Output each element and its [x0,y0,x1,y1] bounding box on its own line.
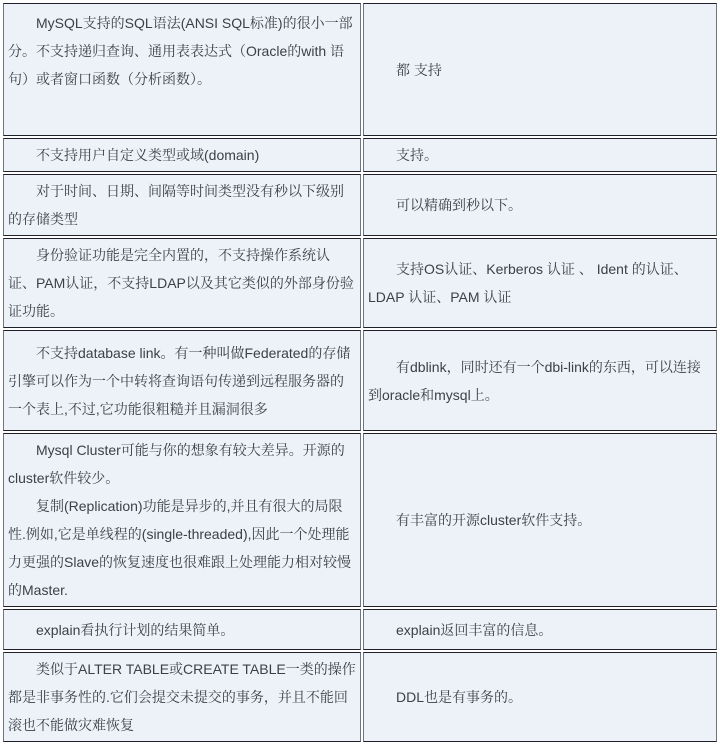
mysql-cell: explain看执行计划的结果简单。 [3,609,361,650]
mysql-cell: MySQL支持的SQL语法(ANSI SQL标准)的很小一部分。不支持递归查询、… [3,3,361,136]
table-row: Mysql Cluster可能与你的想象有较大差异。开源的cluster软件较少… [3,433,717,607]
cell-paragraph: MySQL支持的SQL语法(ANSI SQL标准)的很小一部分。不支持递归查询、… [8,9,356,93]
mysql-cell: 类似于ALTER TABLE或CREATE TABLE一类的操作都是非事务性的.… [3,652,361,742]
mysql-cell: 身份验证功能是完全内置的，不支持操作系统认证、PAM认证，不支持LDAP以及其它… [3,238,361,328]
table-row: 不支持database link。有一种叫做Federated的存储引擎可以作为… [3,330,717,431]
cell-paragraph: explain看执行计划的结果简单。 [8,616,356,644]
cell-paragraph: 身份验证功能是完全内置的，不支持操作系统认证、PAM认证，不支持LDAP以及其它… [8,241,356,325]
table-row: 身份验证功能是完全内置的，不支持操作系统认证、PAM认证，不支持LDAP以及其它… [3,238,717,328]
cell-paragraph: 有dblink，同时还有一个dbi-link的东西，可以连接到oracle和my… [368,353,712,409]
cell-paragraph: 都 支持 [368,56,712,84]
mysql-cell: 对于时间、日期、间隔等时间类型没有秒以下级别的存储类型 [3,174,361,236]
postgresql-cell: 支持。 [363,138,717,172]
cell-paragraph: 复制(Replication)功能是异步的,并且有很大的局限性.例如,它是单线程… [8,492,356,604]
cell-paragraph: 不支持database link。有一种叫做Federated的存储引擎可以作为… [8,339,356,423]
postgresql-cell: 可以精确到秒以下。 [363,174,717,236]
mysql-cell: Mysql Cluster可能与你的想象有较大差异。开源的cluster软件较少… [3,433,361,607]
cell-paragraph: DDL也是有事务的。 [368,683,712,711]
comparison-table: MySQL支持的SQL语法(ANSI SQL标准)的很小一部分。不支持递归查询、… [1,1,719,744]
mysql-cell: 不支持database link。有一种叫做Federated的存储引擎可以作为… [3,330,361,431]
cell-paragraph: 类似于ALTER TABLE或CREATE TABLE一类的操作都是非事务性的.… [8,655,356,739]
cell-paragraph: 有丰富的开源cluster软件支持。 [368,506,712,534]
table-row: 对于时间、日期、间隔等时间类型没有秒以下级别的存储类型 可以精确到秒以下。 [3,174,717,236]
cell-paragraph: Mysql Cluster可能与你的想象有较大差异。开源的cluster软件较少… [8,436,356,492]
cell-paragraph: 支持OS认证、Kerberos 认证 、 Ident 的认证、LDAP 认证、P… [368,255,712,311]
table-row: MySQL支持的SQL语法(ANSI SQL标准)的很小一部分。不支持递归查询、… [3,3,717,136]
postgresql-cell: explain返回丰富的信息。 [363,609,717,650]
cell-paragraph: explain返回丰富的信息。 [368,616,712,644]
postgresql-cell: 有dblink，同时还有一个dbi-link的东西，可以连接到oracle和my… [363,330,717,431]
cell-paragraph: 不支持用户自定义类型或域(domain) [8,141,356,169]
mysql-cell: 不支持用户自定义类型或域(domain) [3,138,361,172]
table-row: 不支持用户自定义类型或域(domain) 支持。 [3,138,717,172]
table-row: explain看执行计划的结果简单。 explain返回丰富的信息。 [3,609,717,650]
cell-paragraph: 支持。 [368,141,712,169]
cell-paragraph: 对于时间、日期、间隔等时间类型没有秒以下级别的存储类型 [8,177,356,233]
postgresql-cell: 支持OS认证、Kerberos 认证 、 Ident 的认证、LDAP 认证、P… [363,238,717,328]
table-row: 类似于ALTER TABLE或CREATE TABLE一类的操作都是非事务性的.… [3,652,717,742]
postgresql-cell: 都 支持 [363,3,717,136]
postgresql-cell: 有丰富的开源cluster软件支持。 [363,433,717,607]
cell-paragraph: 可以精确到秒以下。 [368,191,712,219]
postgresql-cell: DDL也是有事务的。 [363,652,717,742]
